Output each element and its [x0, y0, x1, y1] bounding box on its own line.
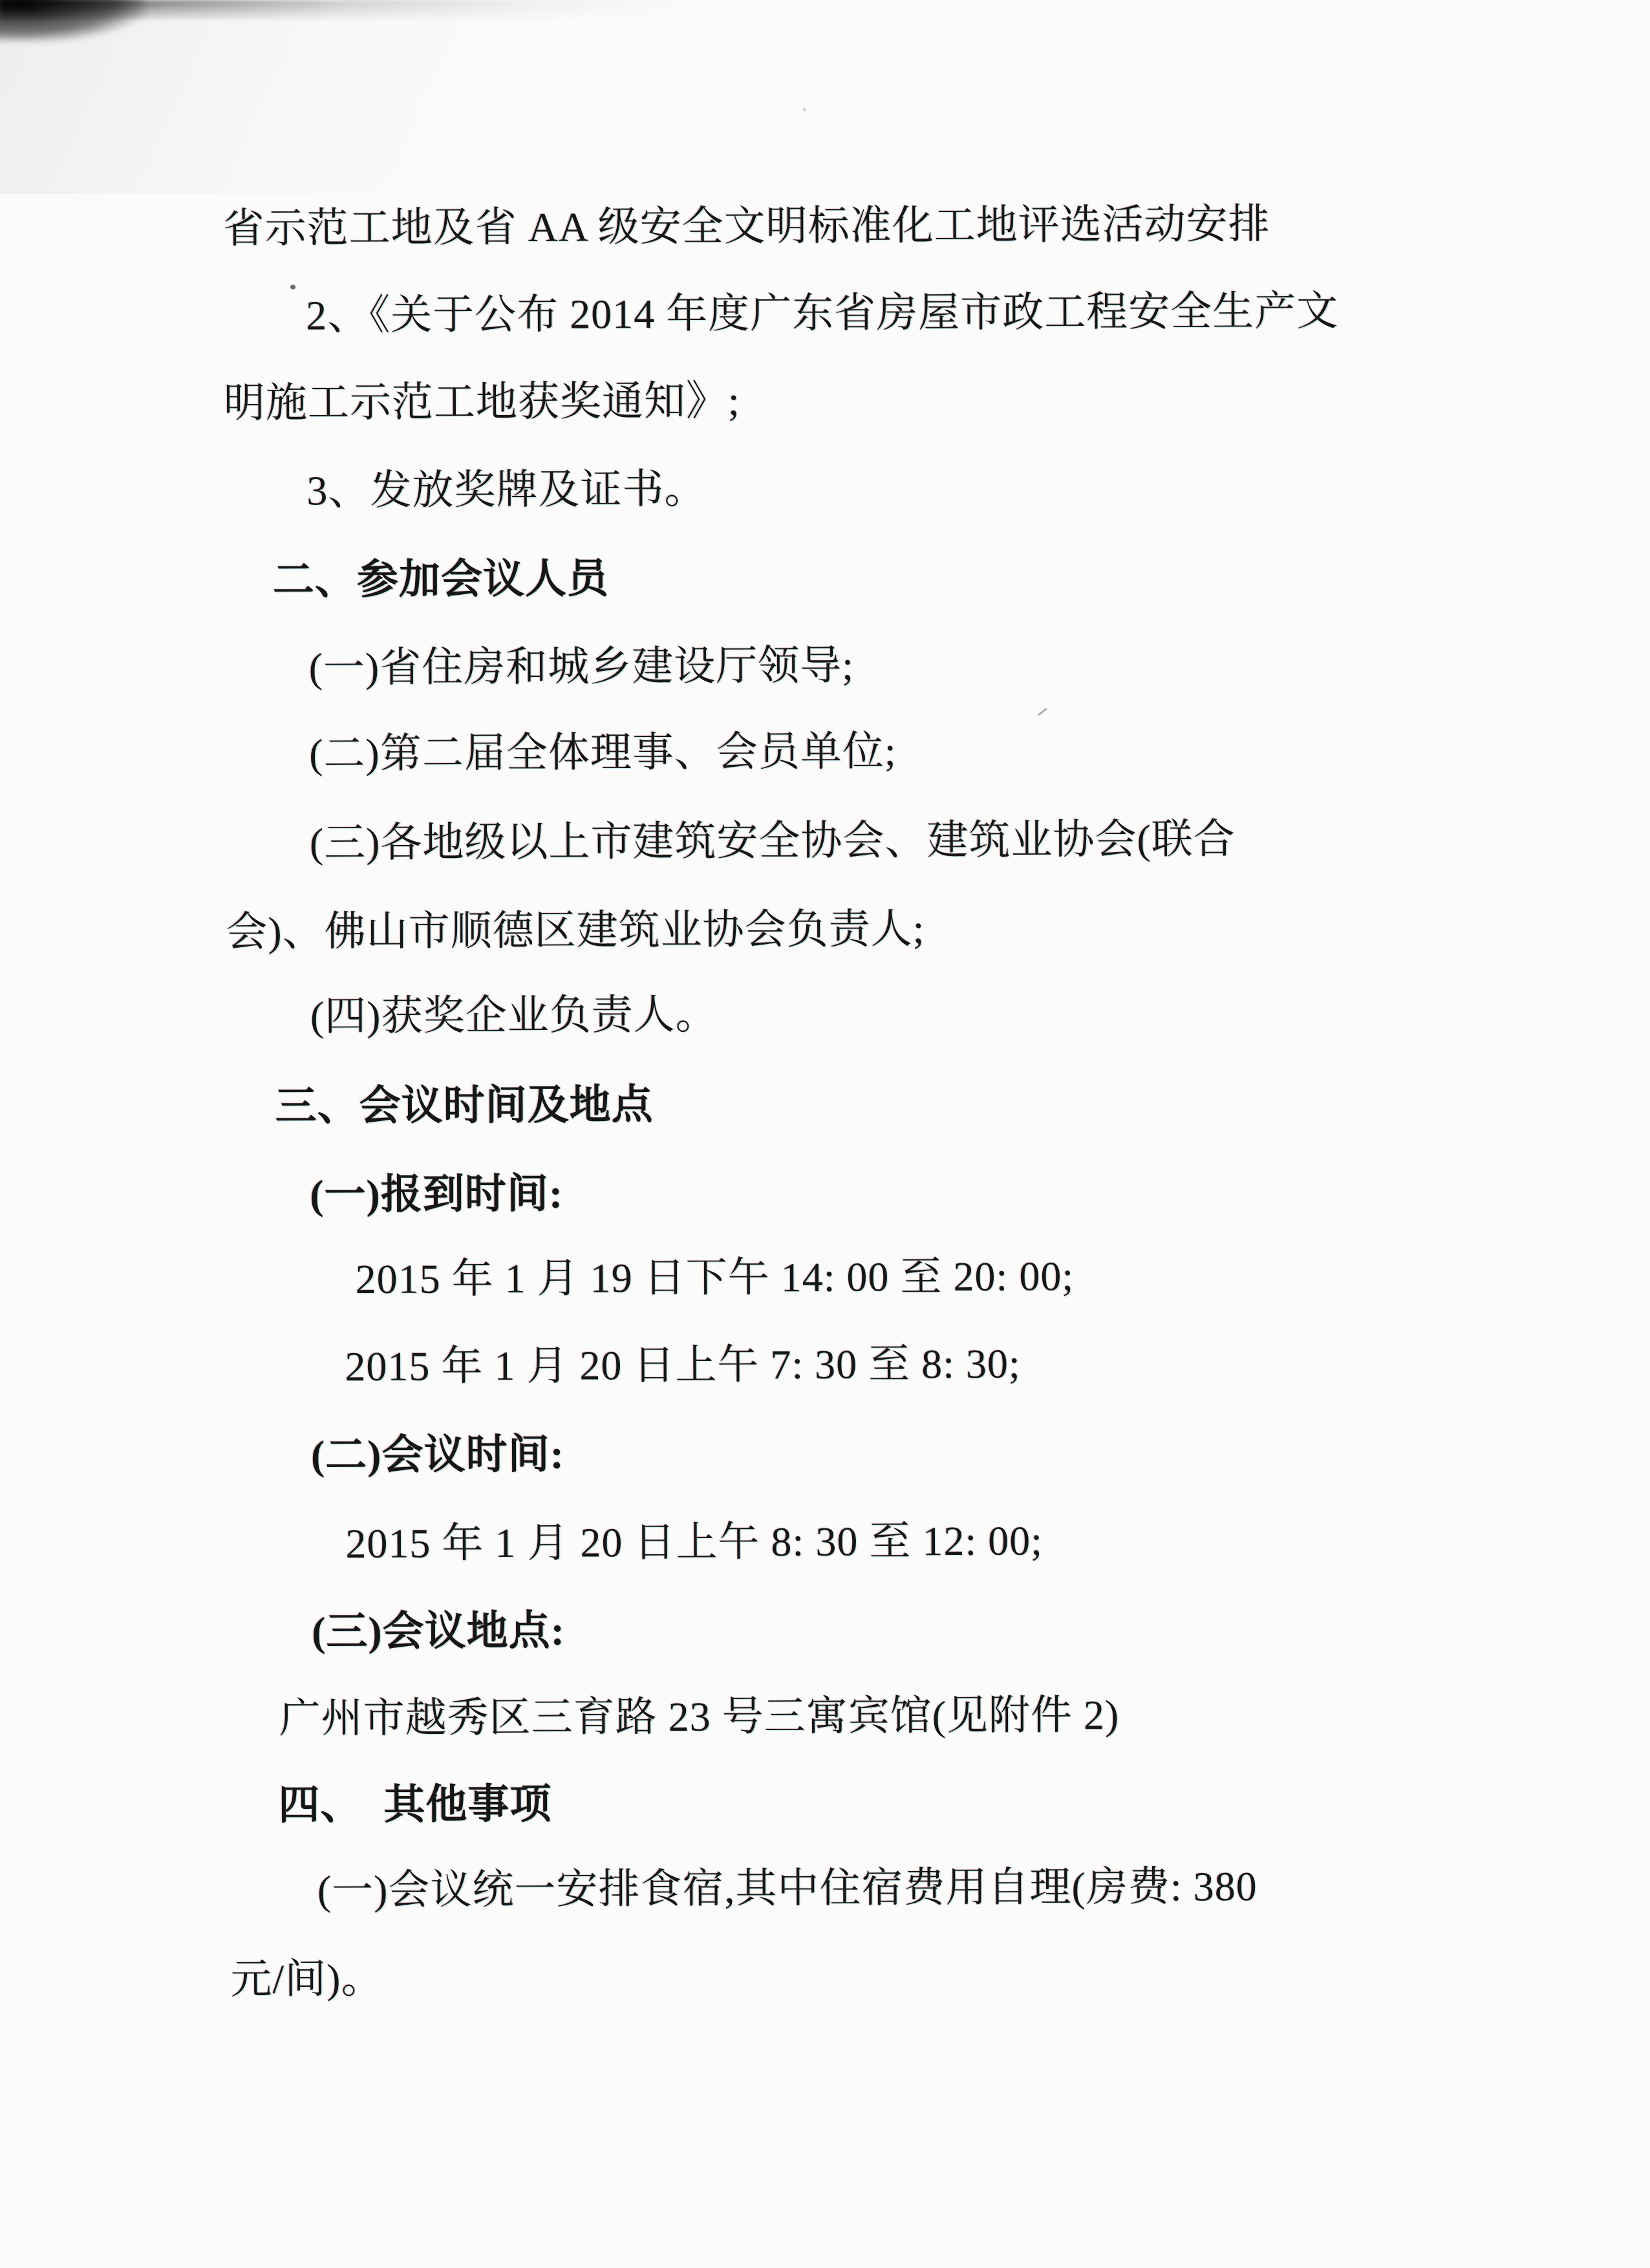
text-line: 省示范工地及省 AA 级安全文明标准化工地评选活动安排 [222, 200, 1270, 253]
scan-speck [803, 108, 806, 111]
scanned-page: 省示范工地及省 AA 级安全文明标准化工地评选活动安排 2、《关于公布 2014… [0, 0, 1650, 2268]
text-line: (一)会议统一安排食宿,其中住宿费用自理(房费: 380 [317, 1862, 1258, 1915]
scan-scratch [1038, 707, 1047, 716]
text-line: 2、《关于公布 2014 年度广东省房屋市政工程安全生产文 [306, 286, 1338, 340]
text-line: 明施工示范工地获奖通知》; [224, 376, 740, 427]
subsection-heading: (三)会议地点: [312, 1607, 565, 1657]
text-line: 会)、佛山市顺德区建筑业协会负责人; [226, 904, 925, 957]
text-line: (一)省住房和城乡建设厅领导; [308, 641, 854, 693]
subsection-heading: (一)报到时间: [310, 1170, 563, 1220]
section-heading: 三、会议时间及地点 [275, 1080, 653, 1131]
scan-speck [290, 284, 295, 289]
subsection-heading: (二)会议时间: [311, 1430, 564, 1481]
text-line: 元/间)。 [230, 1954, 383, 2004]
scanned-document-page: { "doc": { "kind": "scanned-meeting-noti… [0, 0, 1650, 2268]
text-line: 3、发放奖牌及证书。 [306, 465, 706, 516]
text-line: 广州市越秀区三育路 23 号三寓宾馆(见附件 2) [279, 1691, 1120, 1744]
text-line: (三)各地级以上市建筑安全协会、建筑业协会(联合 [310, 815, 1236, 868]
text-line: 2015 年 1 月 20 日上午 8: 30 至 12: 00; [345, 1516, 1043, 1568]
section-heading: 四、 其他事项 [278, 1780, 552, 1830]
text-line: 2015 年 1 月 20 日上午 7: 30 至 8: 30; [345, 1340, 1021, 1392]
section-heading: 二、参加会议人员 [273, 554, 609, 604]
text-line: (二)第二届全体理事、会员单位; [309, 727, 897, 778]
text-line: (四)获奖企业负责人。 [310, 990, 718, 1042]
text-line: 2015 年 1 月 19 日下午 14: 00 至 20: 00; [356, 1252, 1075, 1304]
